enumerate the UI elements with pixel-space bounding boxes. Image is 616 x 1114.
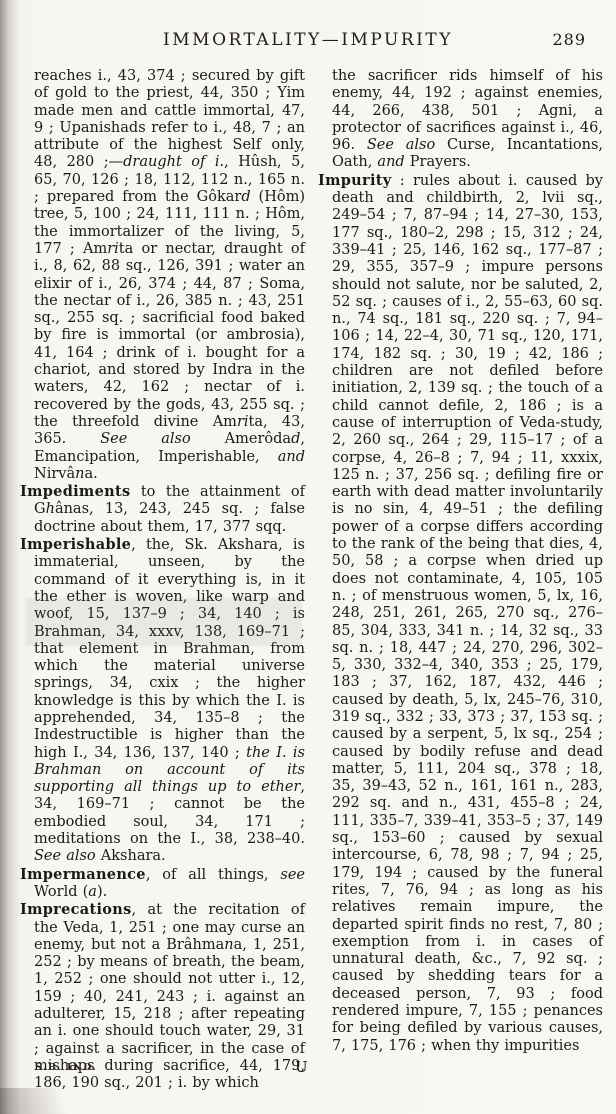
- index-entry-impediments: Impediments to the attainment of Ghânas,…: [20, 483, 305, 536]
- index-entry-immortality-continuation: reaches i., 43, 374 ; secured by gift of…: [20, 68, 305, 483]
- index-entry-imperishable: Imperishable, the, Sk. Akshara, is immat…: [20, 536, 305, 866]
- right-column: the sacrificer rids himself of his enemy…: [318, 68, 603, 1093]
- index-entry-impermanence: Impermanence, of all things, see World (…: [20, 866, 305, 902]
- scanned-book-page: IMMORTALITY—IMPURITY 289 reaches i., 43,…: [0, 0, 616, 1114]
- running-title: IMMORTALITY—IMPURITY: [0, 30, 616, 50]
- printer-signature: S.B. IND.: [35, 1062, 97, 1073]
- left-column: reaches i., 43, 374 ; secured by gift of…: [20, 68, 305, 1093]
- index-columns: reaches i., 43, 374 ; secured by gift of…: [0, 64, 616, 1093]
- page-footer: S.B. IND. U: [0, 1058, 616, 1088]
- page-number: 289: [552, 30, 586, 49]
- page-header: IMMORTALITY—IMPURITY 289: [0, 0, 616, 64]
- gathering-mark: U: [295, 1058, 308, 1076]
- index-entry-impurity: Impurity : rules about i. caused by deat…: [318, 172, 603, 1055]
- index-entry-imprecations-continuation: the sacrificer rids himself of his enemy…: [318, 68, 603, 172]
